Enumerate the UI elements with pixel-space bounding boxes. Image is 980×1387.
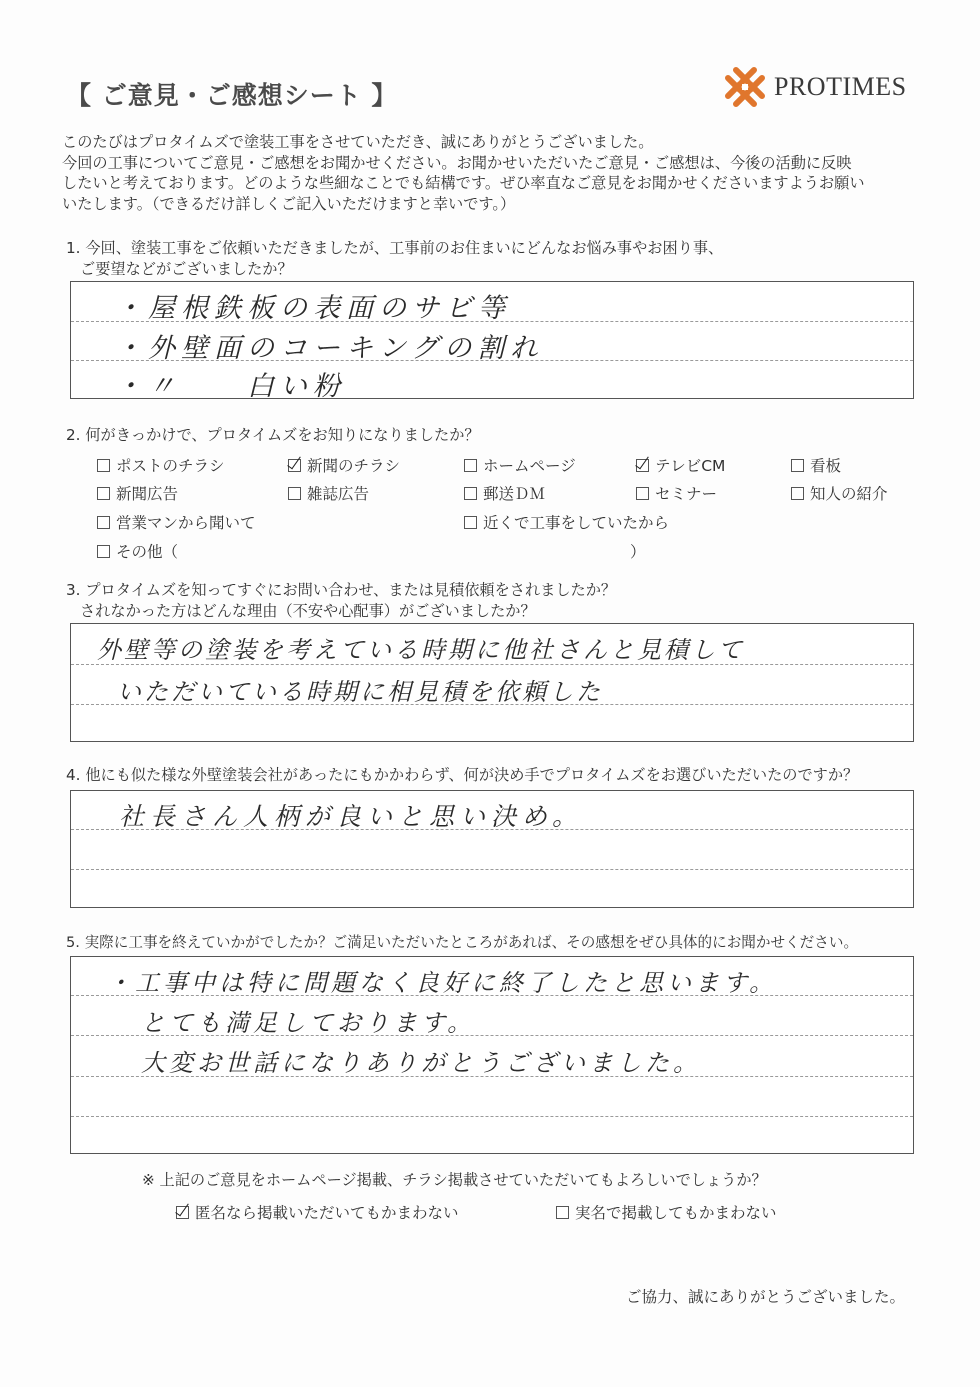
q1-question: 1. 今回、塗装工事をご依頼いただきましたが、工事前のお住まいにどんなお悩み事や… xyxy=(66,238,723,280)
q1-answer-line: ・外壁面のコーキングの割れ xyxy=(115,326,543,365)
option-anonymous-ok[interactable]: 匿名なら掲載いただいてもかまわない xyxy=(176,1201,459,1223)
intro-line: したいと考えております。どのような些細なことでも結構です。ぜひ率直なご意見をお聞… xyxy=(62,173,932,194)
checkbox-checked[interactable] xyxy=(636,459,649,472)
option-label: ポストのチラシ xyxy=(116,454,225,476)
option-label: 実名で掲載してもかまわない xyxy=(575,1201,777,1223)
checkbox[interactable] xyxy=(556,1206,569,1219)
q2-question: 2. 何がきっかけで、プロタイムズをお知りになりましたか？ xyxy=(66,425,480,446)
q1-answer-line: ・屋根鉄板の表面のサビ等 xyxy=(115,286,511,325)
option-label: 近くで工事をしていたから xyxy=(483,511,669,533)
option-nearby-construction[interactable]: 近くで工事をしていたから xyxy=(464,511,669,533)
checkbox[interactable] xyxy=(636,487,649,500)
q1-line: ご要望などがございましたか？ xyxy=(66,259,723,280)
option-label: テレビCM xyxy=(655,454,725,476)
option-label: 郵送ＤＭ xyxy=(483,482,545,504)
other-close-paren: ） xyxy=(630,540,646,562)
checkbox[interactable] xyxy=(97,516,110,529)
q4-question: 4. 他にも似た様な外壁塗装会社があったにもかかわらず、何が決め手でプロタイムズ… xyxy=(66,765,858,786)
option-seminar[interactable]: セミナー xyxy=(636,482,717,504)
q1-line: 1. 今回、塗装工事をご依頼いただきましたが、工事前のお住まいにどんなお悩み事や… xyxy=(66,238,723,259)
option-real-name-ok[interactable]: 実名で掲載してもかまわない xyxy=(556,1201,777,1223)
option-newspaper-flyer[interactable]: 新聞のチラシ xyxy=(288,454,400,476)
option-label: 雑誌広告 xyxy=(307,482,369,504)
ruled-line xyxy=(71,1116,913,1117)
option-label: ホームページ xyxy=(483,454,576,476)
q1-answer-line: ・〃 白い粉 xyxy=(115,364,346,403)
q5-answer-line: 大変お世話になりありがとうございました。 xyxy=(141,1043,701,1078)
option-other[interactable]: その他（ xyxy=(97,540,178,562)
q3-line: されなかった方はどんな理由（不安や心配事）がございましたか？ xyxy=(66,601,616,622)
q5-answer-line: ・工事中は特に問題なく良好に終了したと思います。 xyxy=(107,963,777,998)
checkbox[interactable] xyxy=(464,516,477,529)
option-referral[interactable]: 知人の紹介 xyxy=(791,482,888,504)
checkbox[interactable] xyxy=(97,459,110,472)
checkbox-checked[interactable] xyxy=(288,459,301,472)
brand-logo: PROTIMES xyxy=(722,64,907,110)
checkbox[interactable] xyxy=(791,487,804,500)
q5-answer-line: とても満足しております。 xyxy=(141,1003,475,1038)
ruled-line xyxy=(71,869,913,870)
q4-answer-line: 社長さん人柄が良いと思い決め。 xyxy=(119,797,583,833)
option-newspaper-ad[interactable]: 新聞広告 xyxy=(97,482,178,504)
checkbox[interactable] xyxy=(97,545,110,558)
q1-answer-box[interactable]: ・屋根鉄板の表面のサビ等 ・外壁面のコーキングの割れ ・〃 白い粉 xyxy=(70,281,914,399)
checkbox[interactable] xyxy=(97,487,110,500)
brand-name: PROTIMES xyxy=(774,72,907,102)
option-tv-cm[interactable]: テレビCM xyxy=(636,454,725,476)
option-direct-mail[interactable]: 郵送ＤＭ xyxy=(464,482,545,504)
option-magazine-ad[interactable]: 雑誌広告 xyxy=(288,482,369,504)
option-label: セミナー xyxy=(655,482,717,504)
publish-question: ※ 上記のご意見をホームページ掲載、チラシ掲載させていただいてもよろしいでしょう… xyxy=(142,1170,767,1191)
checkbox-checked[interactable] xyxy=(176,1206,189,1219)
protimes-logo-icon xyxy=(722,64,768,110)
option-homepage[interactable]: ホームページ xyxy=(464,454,576,476)
option-label: 新聞のチラシ xyxy=(307,454,400,476)
intro-line: いたします。（できるだけ詳しくご記入いただけますと幸いです。） xyxy=(62,194,932,215)
option-salesperson[interactable]: 営業マンから聞いて xyxy=(97,511,256,533)
q3-answer-line: いただいている時期に相見積を依頼した xyxy=(117,672,603,707)
checkbox[interactable] xyxy=(464,487,477,500)
option-post-flyer[interactable]: ポストのチラシ xyxy=(97,454,225,476)
option-label: その他（ xyxy=(116,540,178,562)
option-label: 営業マンから聞いて xyxy=(116,511,256,533)
intro-line: 今回の工事についてご意見・ご感想をお聞かせください。お聞かせいただいたご意見・ご… xyxy=(62,153,932,174)
q3-answer-line: 外壁等の塗装を考えている時期に他社さんと見積して xyxy=(97,630,745,665)
option-label: 看板 xyxy=(810,454,841,476)
q4-answer-box[interactable]: 社長さん人柄が良いと思い決め。 xyxy=(70,790,914,908)
q5-answer-box[interactable]: ・工事中は特に問題なく良好に終了したと思います。 とても満足しております。 大変… xyxy=(70,956,914,1154)
checkbox[interactable] xyxy=(464,459,477,472)
page-title: 【 ご意見・ご感想シート 】 xyxy=(66,76,397,112)
q3-line: 3. プロタイムズを知ってすぐにお問い合わせ、または見積依頼をされましたか？ xyxy=(66,580,616,601)
checkbox[interactable] xyxy=(288,487,301,500)
intro-text: このたびはプロタイムズで塗装工事をさせていただき、誠にありがとうございました。 … xyxy=(62,132,932,214)
q3-question: 3. プロタイムズを知ってすぐにお問い合わせ、または見積依頼をされましたか？ さ… xyxy=(66,580,616,622)
option-label: 新聞広告 xyxy=(116,482,178,504)
q3-answer-box[interactable]: 外壁等の塗装を考えている時期に他社さんと見積して いただいている時期に相見積を依… xyxy=(70,623,914,742)
checkbox[interactable] xyxy=(791,459,804,472)
intro-line: このたびはプロタイムズで塗装工事をさせていただき、誠にありがとうございました。 xyxy=(62,132,932,153)
option-label: 匿名なら掲載いただいてもかまわない xyxy=(195,1201,459,1223)
option-label: 知人の紹介 xyxy=(810,482,888,504)
footer-thanks: ご協力、誠にありがとうございました。 xyxy=(626,1285,905,1307)
q5-question: 5. 実際に工事を終えていかがでしたか？ご満足いただいたところがあれば、その感想… xyxy=(66,932,858,953)
option-signboard[interactable]: 看板 xyxy=(791,454,841,476)
